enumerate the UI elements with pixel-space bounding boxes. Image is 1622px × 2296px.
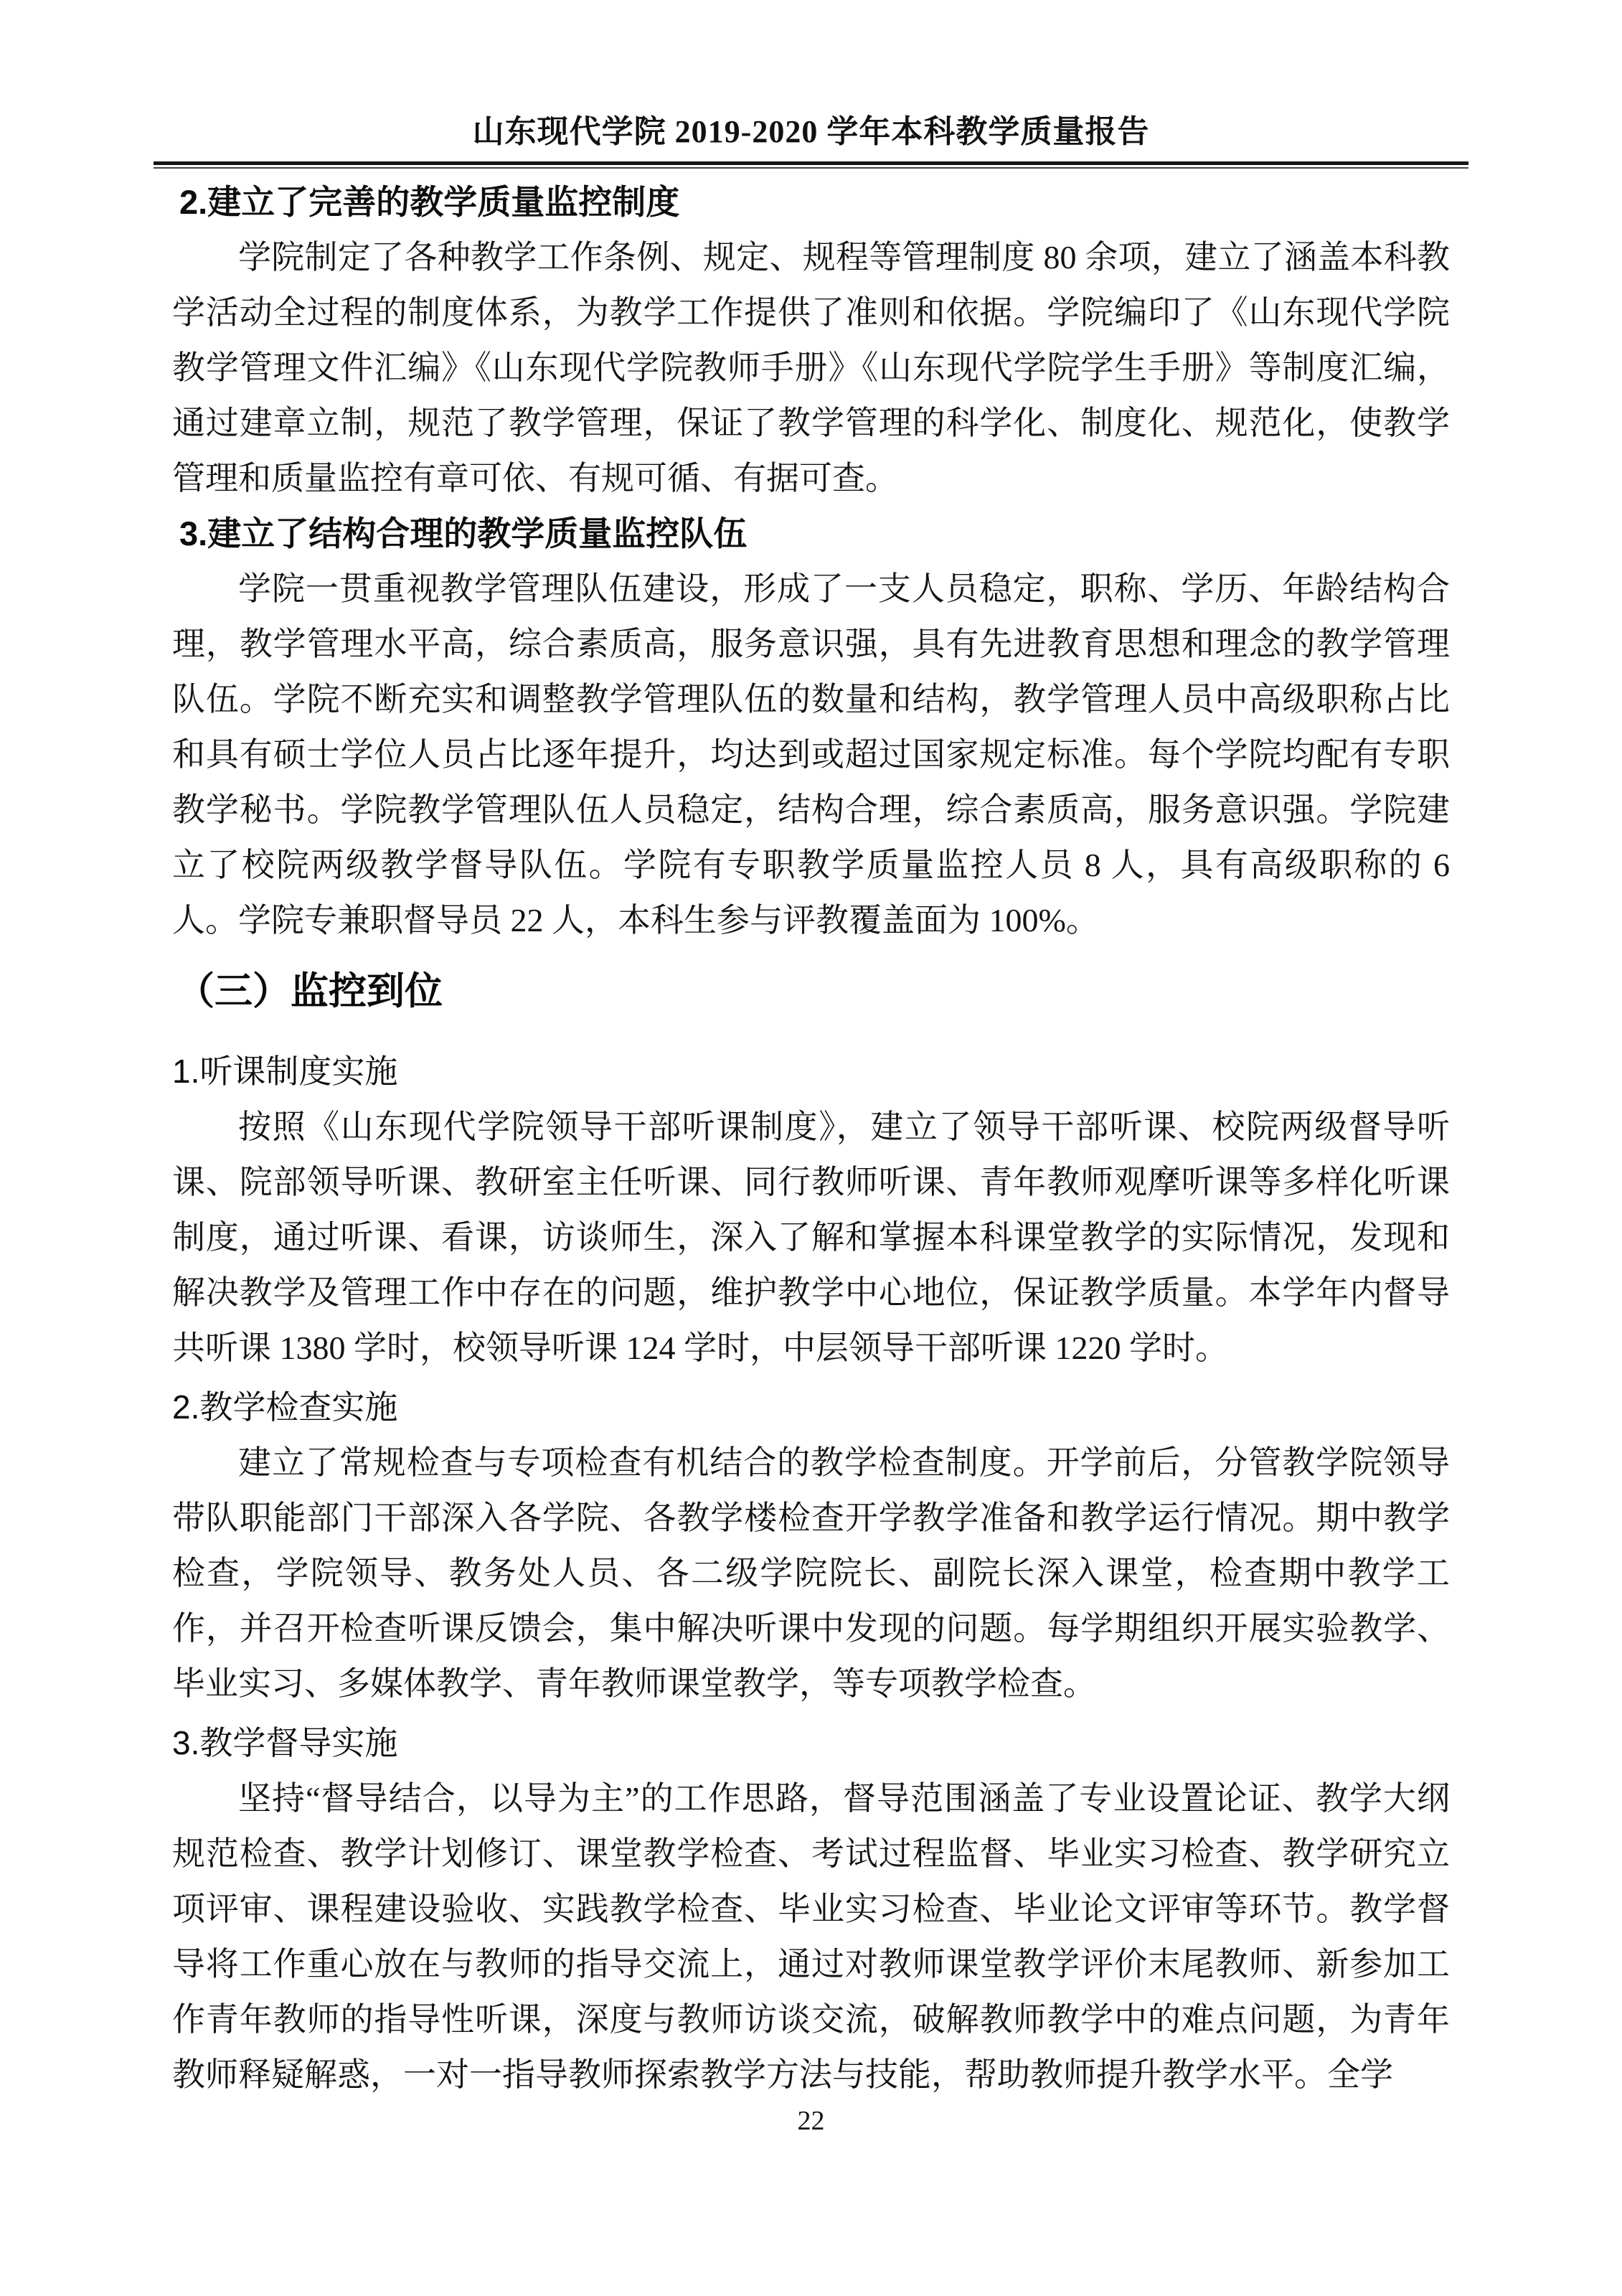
paragraph-quality-monitoring-system: 学院制定了各种教学工作条例、规定、规程等管理制度 80 余项，建立了涵盖本科教学… — [172, 230, 1450, 506]
header-rule-thin-line — [154, 167, 1468, 169]
header-rule — [154, 161, 1468, 169]
header-rule-thick-line — [154, 161, 1468, 165]
heading-teaching-inspection: 2.教学检查实施 — [172, 1380, 1450, 1435]
heading-part3-monitoring-in-place: （三）监控到位 — [172, 966, 1450, 1017]
paragraph-teaching-supervision: 坚持“督导结合，以导为主”的工作思路，督导范围涵盖了专业设置论证、教学大纲规范检… — [172, 1771, 1450, 2102]
paragraph-teaching-inspection: 建立了常规检查与专项检查有机结合的教学检查制度。开学前后，分管教学院领导带队职能… — [172, 1435, 1450, 1711]
page-header: 山东现代学院 2019-2020 学年本科教学质量报告 — [0, 0, 1622, 169]
page-number: 22 — [0, 2104, 1622, 2138]
paragraph-class-observation-system: 按照《山东现代学院领导干部听课制度》，建立了领导干部听课、校院两级督导听课、院部… — [172, 1099, 1450, 1375]
page-header-title: 山东现代学院 2019-2020 学年本科教学质量报告 — [172, 0, 1450, 152]
paragraph-quality-monitoring-team: 学院一贯重视教学管理队伍建设，形成了一支人员稳定，职称、学历、年龄结构合理，教学… — [172, 561, 1450, 948]
heading-class-observation-system: 1.听课制度实施 — [172, 1044, 1450, 1099]
heading-teaching-supervision: 3.教学督导实施 — [172, 1716, 1450, 1771]
document-page: 山东现代学院 2019-2020 学年本科教学质量报告 2.建立了完善的教学质量… — [0, 0, 1622, 2296]
heading-quality-monitoring-system: 2.建立了完善的教学质量监控制度 — [172, 174, 1450, 230]
heading-quality-monitoring-team: 3.建立了结构合理的教学质量监控队伍 — [172, 506, 1450, 561]
document-body: 2.建立了完善的教学质量监控制度 学院制定了各种教学工作条例、规定、规程等管理制… — [172, 174, 1450, 2102]
